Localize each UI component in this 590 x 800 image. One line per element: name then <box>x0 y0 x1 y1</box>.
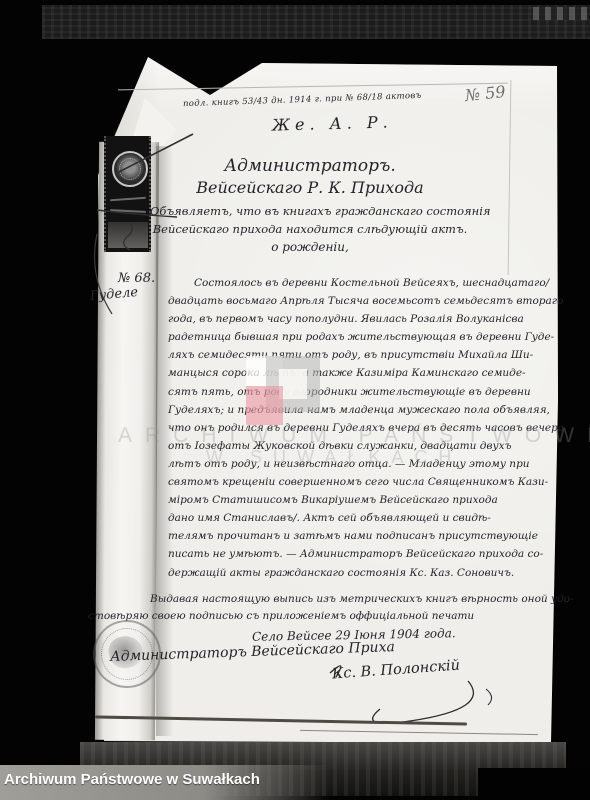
document-heading: Администраторъ. Вейсейскаго Р. К. Приход… <box>150 156 470 254</box>
act-body-line: сятъ пять, отъ роду огородники жительств… <box>168 383 518 401</box>
book-top-edge <box>42 5 590 39</box>
book-top-edge-marks <box>533 7 588 20</box>
act-body-line: двадцать восьмаго Апрѣля Тысяча восемьсо… <box>168 292 518 310</box>
signature-flourish <box>318 655 508 715</box>
heading-act-type: о рожденіи, <box>150 240 470 254</box>
act-body-line: манцыся сорока лѣтъ, а также Казиміра Ка… <box>168 364 518 382</box>
watermark-logo-ring-hole <box>279 369 307 399</box>
scanner-bed-corner <box>478 768 590 800</box>
act-body-line: святомъ крещеніи совершенномъ сего числа… <box>168 473 518 491</box>
heading-declaration-2: Вейсейскаго прихода находится слѣдующій … <box>150 222 470 236</box>
margin-act-number: № 68. <box>118 271 155 286</box>
act-body-line: Гуделяхъ; и предъявила намъ младенца муж… <box>168 401 518 419</box>
act-body-line: міромъ Статишисомъ Викаріушемъ Вейсейска… <box>168 491 518 509</box>
watermark-text-line1: ARCHIWUM PAŃSTWOWE <box>118 424 590 448</box>
certification-paragraph: Выдавая настоящую выпись изъ метрических… <box>88 591 532 625</box>
act-body-line: дано имя Станиславъ/. Актъ сей объявляющ… <box>168 509 518 527</box>
act-body-line: держащій акты гражданскаго состоянія Кс.… <box>168 564 518 582</box>
act-body-line: радетница бывшая при родахъ жительствующ… <box>168 328 518 346</box>
archival-scan-viewport: подл. книгъ 53/43 дн. 1914 г. при № 68/1… <box>0 0 590 800</box>
certification-line: Выдавая настоящую выпись изъ метрических… <box>88 591 532 608</box>
act-body-line: телямъ прочитанъ и затѣмъ нами подписанъ… <box>168 527 518 545</box>
heading-declaration-1: Объявляетъ, что въ книгахъ гражданскаго … <box>150 204 470 218</box>
watermark-logo-pink-square <box>246 386 283 425</box>
watermark-text-line2: W SUWAŁKACH <box>206 447 462 468</box>
heading-parish: Вейсейскаго Р. К. Прихода <box>150 178 470 197</box>
act-body-line: ляхъ семидесяти пяти отъ роду, въ присут… <box>168 346 518 364</box>
header-initials: Же. А. Р. <box>272 112 393 134</box>
act-body-line: писать не умѣютъ. — Администраторъ Вейсе… <box>168 545 518 563</box>
heading-administrator: Администраторъ. <box>150 156 470 176</box>
act-body-line: года, въ первомъ часу пополудни. Явилась… <box>168 310 518 328</box>
archive-caption: Archiwum Państwowe w Suwałkach <box>4 771 260 788</box>
act-body-line: Состоялось въ деревни Костельной Вейсеях… <box>168 274 518 292</box>
certification-line: стовѣряю своею подписью съ приложеніемъ … <box>88 608 532 625</box>
